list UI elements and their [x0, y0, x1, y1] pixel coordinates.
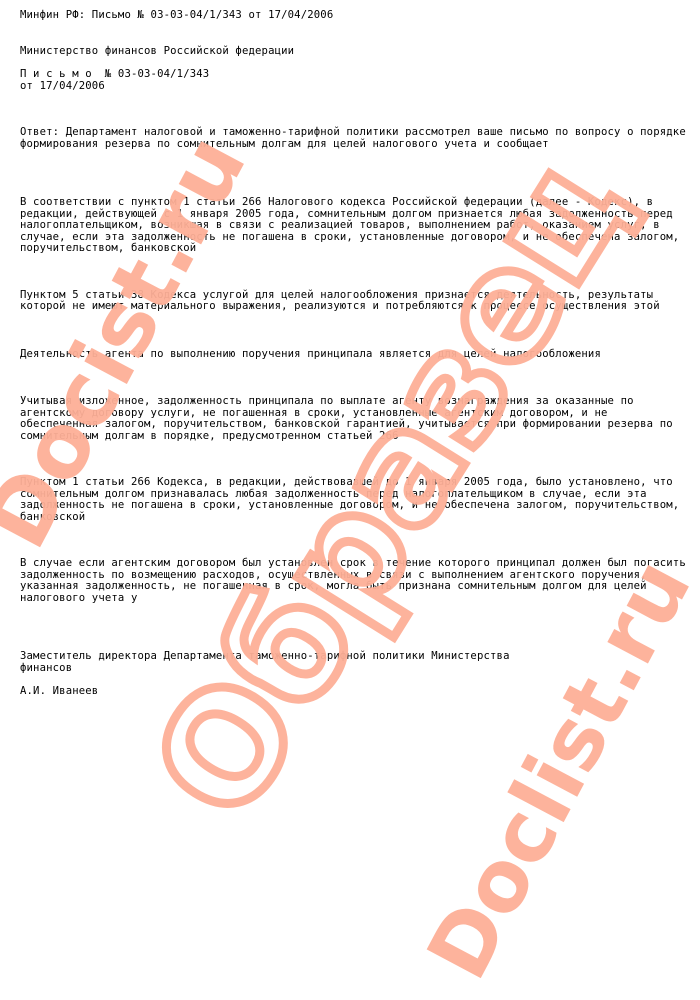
- letter-number: П и с ь м о № 03-03-04/1/343: [20, 69, 690, 81]
- signatory-title: Заместитель директора Департамента тамож…: [20, 651, 560, 674]
- paragraph-article-38: Пунктом 5 статьи 38 Кодекса услугой для …: [20, 290, 690, 313]
- paragraph-agency-term: В случае если агентским договором был ус…: [20, 558, 690, 604]
- document-header: Минфин РФ: Письмо № 03-03-04/1/343 от 17…: [20, 10, 690, 22]
- paragraph-considering: Учитывая изложенное, задолженность принц…: [20, 396, 690, 442]
- document-body: Минфин РФ: Письмо № 03-03-04/1/343 от 17…: [20, 10, 690, 698]
- letter-date: от 17/04/2006: [20, 81, 690, 93]
- paragraph-answer: Ответ: Департамент налоговой и таможенно…: [20, 127, 690, 150]
- signatory-name: А.И. Иванеев: [20, 686, 690, 698]
- issuer: Министерство финансов Российской федерац…: [20, 46, 690, 58]
- paragraph-agent-activity: Деятельность агента по выполнению поруче…: [20, 349, 690, 361]
- paragraph-article-266: В соответствии с пунктом 1 статьи 266 На…: [20, 197, 690, 255]
- paragraph-previous-edition: Пунктом 1 статьи 266 Кодекса, в редакции…: [20, 477, 690, 523]
